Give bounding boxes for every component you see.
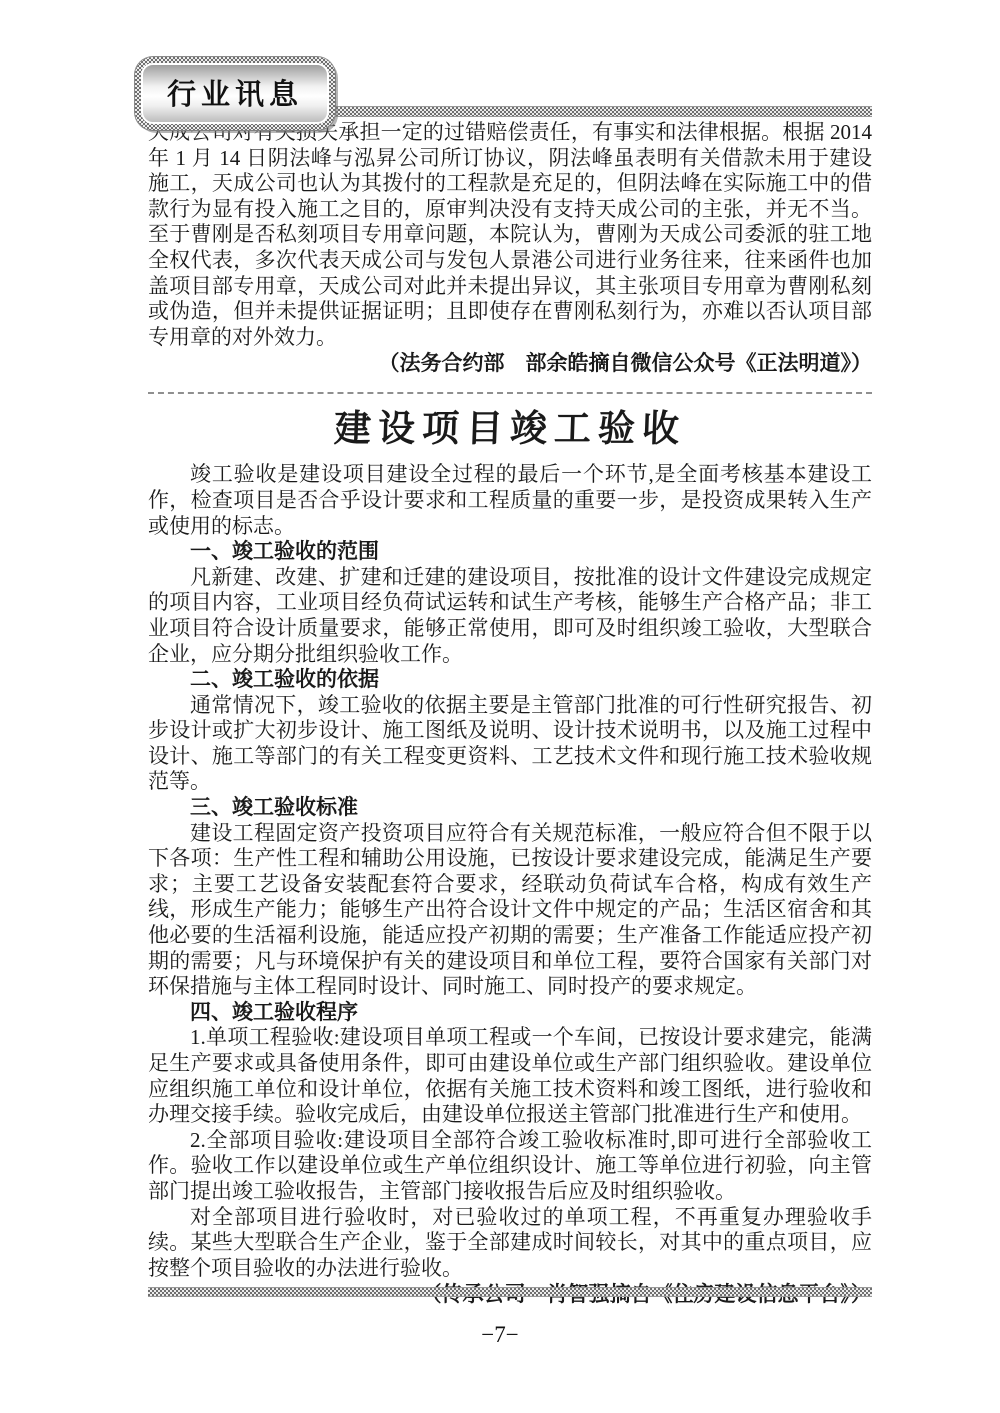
article2-section3-paragraph: 建设工程固定资产投资项目应符合有关规范标准，一般应符合但不限于以下各项：生产性工… — [148, 821, 872, 1000]
text-column: 天成公司对有关损失承担一定的过错赔偿责任，有事实和法律根据。根据 2014 年 … — [148, 120, 872, 1307]
section-badge: 行业讯息 — [135, 57, 335, 130]
article2-section4-paragraph1: 1.单项工程验收:建设项目单项工程或一个车间，已按设计要求建完，能满足生产要求或… — [148, 1025, 872, 1127]
section-badge-face: 行业讯息 — [141, 63, 329, 124]
page-number: −7− — [0, 1322, 1000, 1348]
article1-body: 天成公司对有关损失承担一定的过错赔偿责任，有事实和法律根据。根据 2014 年 … — [148, 120, 872, 350]
section-badge-label: 行业讯息 — [167, 79, 303, 111]
section-separator — [148, 392, 872, 394]
footer-rule — [148, 1287, 872, 1297]
article2-title: 建设项目竣工验收 — [147, 408, 873, 452]
article2-section1-paragraph: 凡新建、改建、扩建和迁建的建设项目，按批准的设计文件建设完成规定的项目内容，工业… — [148, 565, 872, 667]
article2-section4-paragraph3: 对全部项目进行验收时，对已验收过的单项工程，不再重复办理验收手续。某些大型联合生… — [148, 1205, 872, 1282]
article2-intro: 竣工验收是建设项目建设全过程的最后一个环节,是全面考核基本建设工作，检查项目是否… — [148, 462, 872, 539]
article2-section2-heading: 二、竣工验收的依据 — [148, 667, 872, 693]
document-page: 行业讯息 天成公司对有关损失承担一定的过错赔偿责任，有事实和法律根据。根据 20… — [0, 0, 1000, 1413]
article2-section2-paragraph: 通常情况下，竣工验收的依据主要是主管部门批准的可行性研究报告、初步设计或扩大初步… — [148, 693, 872, 795]
article2-section1-heading: 一、竣工验收的范围 — [148, 539, 872, 565]
page-header: 行业讯息 — [0, 0, 1000, 122]
article2-section3-heading: 三、竣工验收标准 — [148, 795, 872, 821]
article1-attribution: （法务合约部 部余皓摘自微信公众号《正法明道》） — [148, 350, 872, 376]
article2-section4-heading: 四、竣工验收程序 — [148, 1000, 872, 1026]
article2-section4-paragraph2: 2.全部项目验收:建设项目全部符合竣工验收标准时,即可进行全部验收工作。验收工作… — [148, 1128, 872, 1205]
